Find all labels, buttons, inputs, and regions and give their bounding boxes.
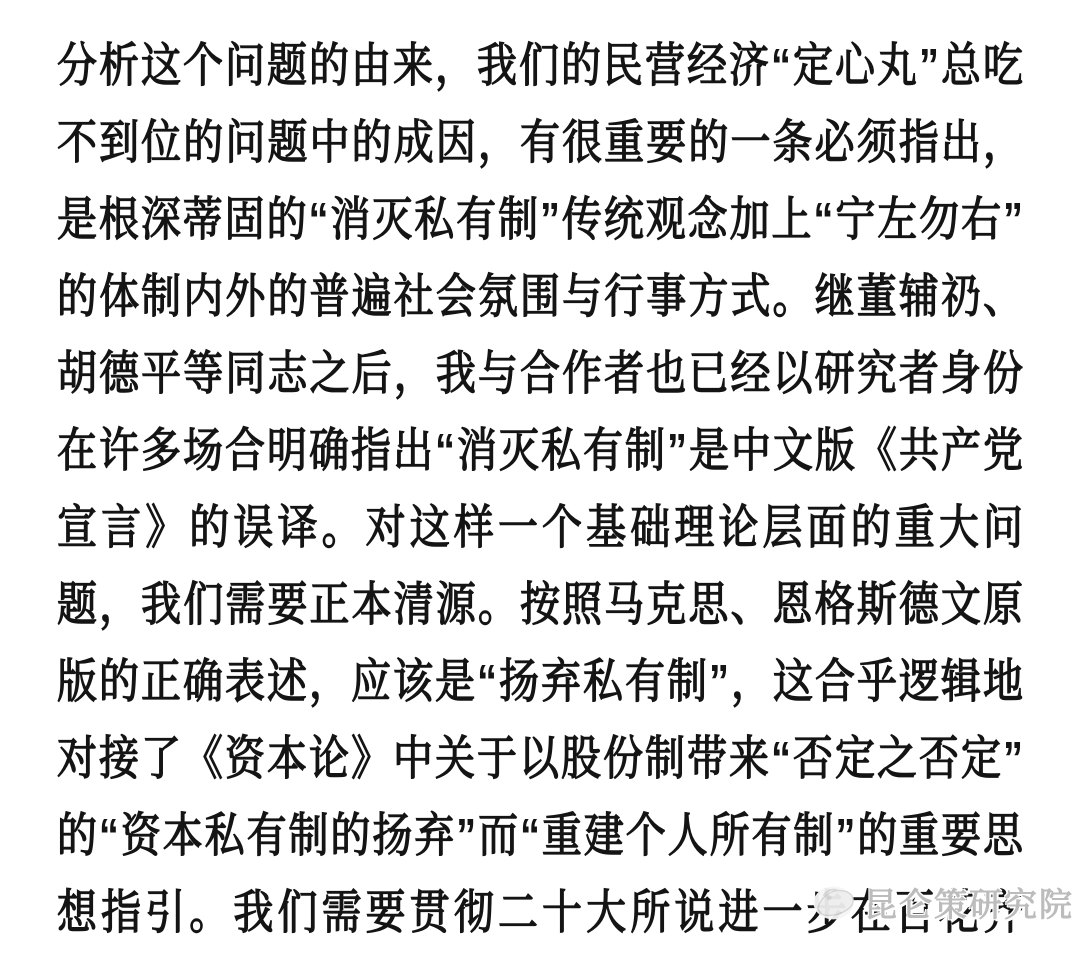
article-body: 分析这个问题的由来，我们的民营经济“定心丸”总吃 不到位的问题中的成因，有很重要…	[57, 28, 1023, 952]
article-page: 分析这个问题的由来，我们的民营经济“定心丸”总吃 不到位的问题中的成因，有很重要…	[0, 0, 1080, 954]
text-line: 想指引。我们需要贯彻二十大所说进一步在百花齐	[57, 868, 1023, 954]
